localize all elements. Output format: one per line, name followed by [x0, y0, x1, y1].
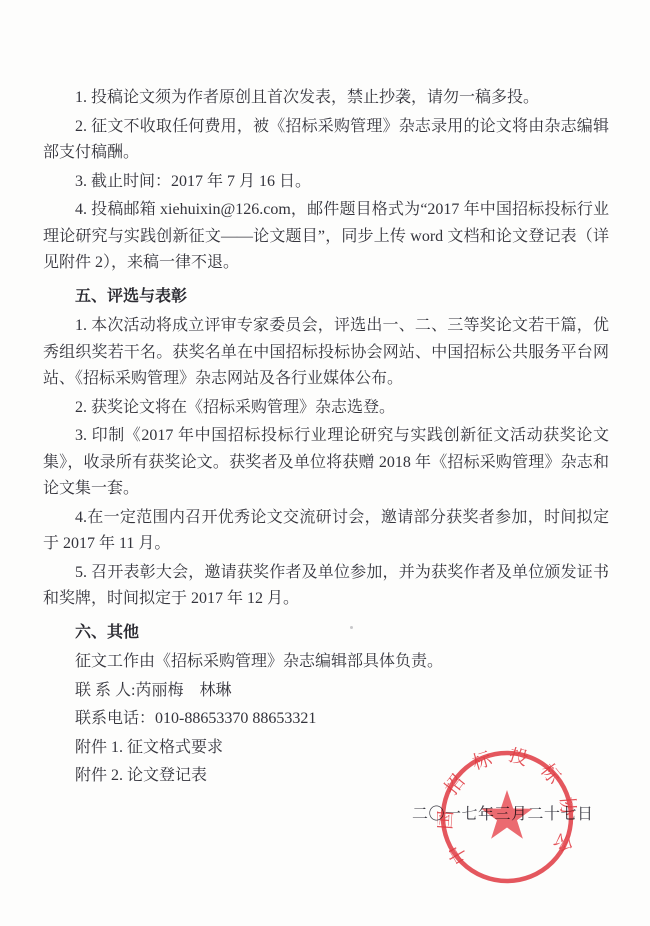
list-item: 2. 征文不收取任何费用，被《招标采购管理》杂志录用的论文将由杂志编辑部支付稿酬…: [43, 114, 609, 167]
list-item: 3. 截止时间：2017 年 7 月 16 日。: [43, 169, 609, 196]
contact-phone-line: 联系电话：010-88653370 88653321: [43, 706, 609, 733]
body-paragraph: 征文工作由《招标采购管理》杂志编辑部具体负责。: [43, 649, 609, 676]
document-date: 二〇一七年三月二十七日: [412, 801, 594, 824]
list-item: 4. 投稿邮箱 xiehuixin@126.com，邮件题目格式为“2017 年…: [43, 197, 609, 277]
list-item: 1. 投稿论文须为作者原创且首次发表，禁止抄袭，请勿一稿多投。: [43, 85, 609, 112]
list-item: 1. 本次活动将成立评审专家委员会，评选出一、二、三等奖论文若干篇，优秀组织奖若…: [43, 313, 609, 393]
list-item: 5. 召开表彰大会，邀请获奖作者及单位参加，并为获奖作者及单位颁发证书和奖牌，时…: [43, 560, 609, 613]
list-item: 3. 印制《2017 年中国招标投标行业理论研究与实践创新征文活动获奖论文集》，…: [43, 423, 609, 503]
list-item: 4.在一定范围内召开优秀论文交流研讨会，邀请部分获奖者参加，时间拟定于 2017…: [43, 505, 609, 558]
document-body: 1. 投稿论文须为作者原创且首次发表，禁止抄袭，请勿一稿多投。 2. 征文不收取…: [43, 85, 609, 792]
section-heading-5: 五、评选与表彰: [43, 284, 609, 311]
attachment-2-line: 附件 2. 论文登记表: [43, 763, 609, 790]
list-item: 2. 获奖论文将在《招标采购管理》杂志选登。: [43, 395, 609, 422]
scan-speck: [350, 626, 353, 629]
section-heading-6: 六、其他: [43, 620, 609, 647]
attachment-1-line: 附件 1. 征文格式要求: [43, 735, 609, 762]
contact-person-line: 联 系 人:芮丽梅 林琳: [43, 678, 609, 705]
document-page: 1. 投稿论文须为作者原创且首次发表，禁止抄袭，请勿一稿多投。 2. 征文不收取…: [0, 0, 650, 926]
